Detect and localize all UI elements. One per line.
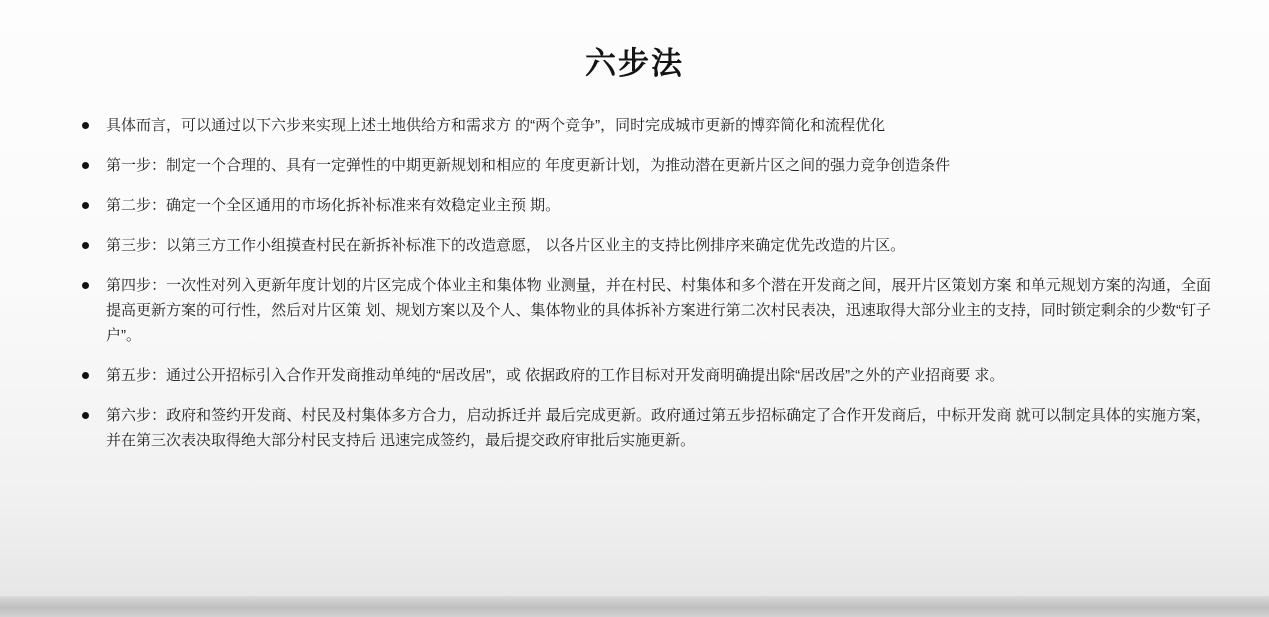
bullet-text: 第四步：一次性对列入更新年度计划的片区完成个体业主和集体物 业测量，并在村民、村… <box>106 277 1211 344</box>
bottom-gradient-band <box>0 596 1269 617</box>
bullet-text: 第一步：制定一个合理的、具有一定弹性的中期更新规划和相应的 年度更新计划，为推动… <box>106 157 950 174</box>
bullet-item-step5: 第五步：通过公开招标引入合作开发商推动单纯的“居改居”，或 依据政府的工作目标对… <box>80 363 1211 388</box>
bullet-item-step1: 第一步：制定一个合理的、具有一定弹性的中期更新规划和相应的 年度更新计划，为推动… <box>80 153 1211 178</box>
bullet-icon <box>82 372 89 379</box>
presentation-slide: 六步法 具体而言，可以通过以下六步来实现上述土地供给方和需求方 的“两个竞争”，… <box>0 0 1269 617</box>
bullet-list: 具体而言，可以通过以下六步来实现上述土地供给方和需求方 的“两个竞争”，同时完成… <box>80 113 1211 453</box>
bullet-icon <box>82 282 89 289</box>
bullet-icon <box>82 162 89 169</box>
bullet-icon <box>82 242 89 249</box>
bullet-text: 第六步：政府和签约开发商、村民及村集体多方合力，启动拆迁并 最后完成更新。政府通… <box>106 407 1211 449</box>
bullet-text: 第五步：通过公开招标引入合作开发商推动单纯的“居改居”，或 依据政府的工作目标对… <box>106 367 1004 384</box>
bullet-icon <box>82 202 89 209</box>
slide-title: 六步法 <box>0 0 1269 83</box>
bullet-item-step4: 第四步：一次性对列入更新年度计划的片区完成个体业主和集体物 业测量，并在村民、村… <box>80 273 1211 348</box>
bullet-item-step3: 第三步：以第三方工作小组摸查村民在新拆补标准下的改造意愿， 以各片区业主的支持比… <box>80 233 1211 258</box>
bullet-text: 具体而言，可以通过以下六步来实现上述土地供给方和需求方 的“两个竞争”，同时完成… <box>106 117 885 134</box>
bullet-item-step2: 第二步：确定一个全区通用的市场化拆补标准来有效稳定业主预 期。 <box>80 193 1211 218</box>
bullet-icon <box>82 122 89 129</box>
bullet-text: 第二步：确定一个全区通用的市场化拆补标准来有效稳定业主预 期。 <box>106 197 560 214</box>
bullet-item-intro: 具体而言，可以通过以下六步来实现上述土地供给方和需求方 的“两个竞争”，同时完成… <box>80 113 1211 138</box>
bullet-text: 第三步：以第三方工作小组摸查村民在新拆补标准下的改造意愿， 以各片区业主的支持比… <box>106 237 905 254</box>
bullet-icon <box>82 412 89 419</box>
bullet-item-step6: 第六步：政府和签约开发商、村民及村集体多方合力，启动拆迁并 最后完成更新。政府通… <box>80 403 1211 453</box>
